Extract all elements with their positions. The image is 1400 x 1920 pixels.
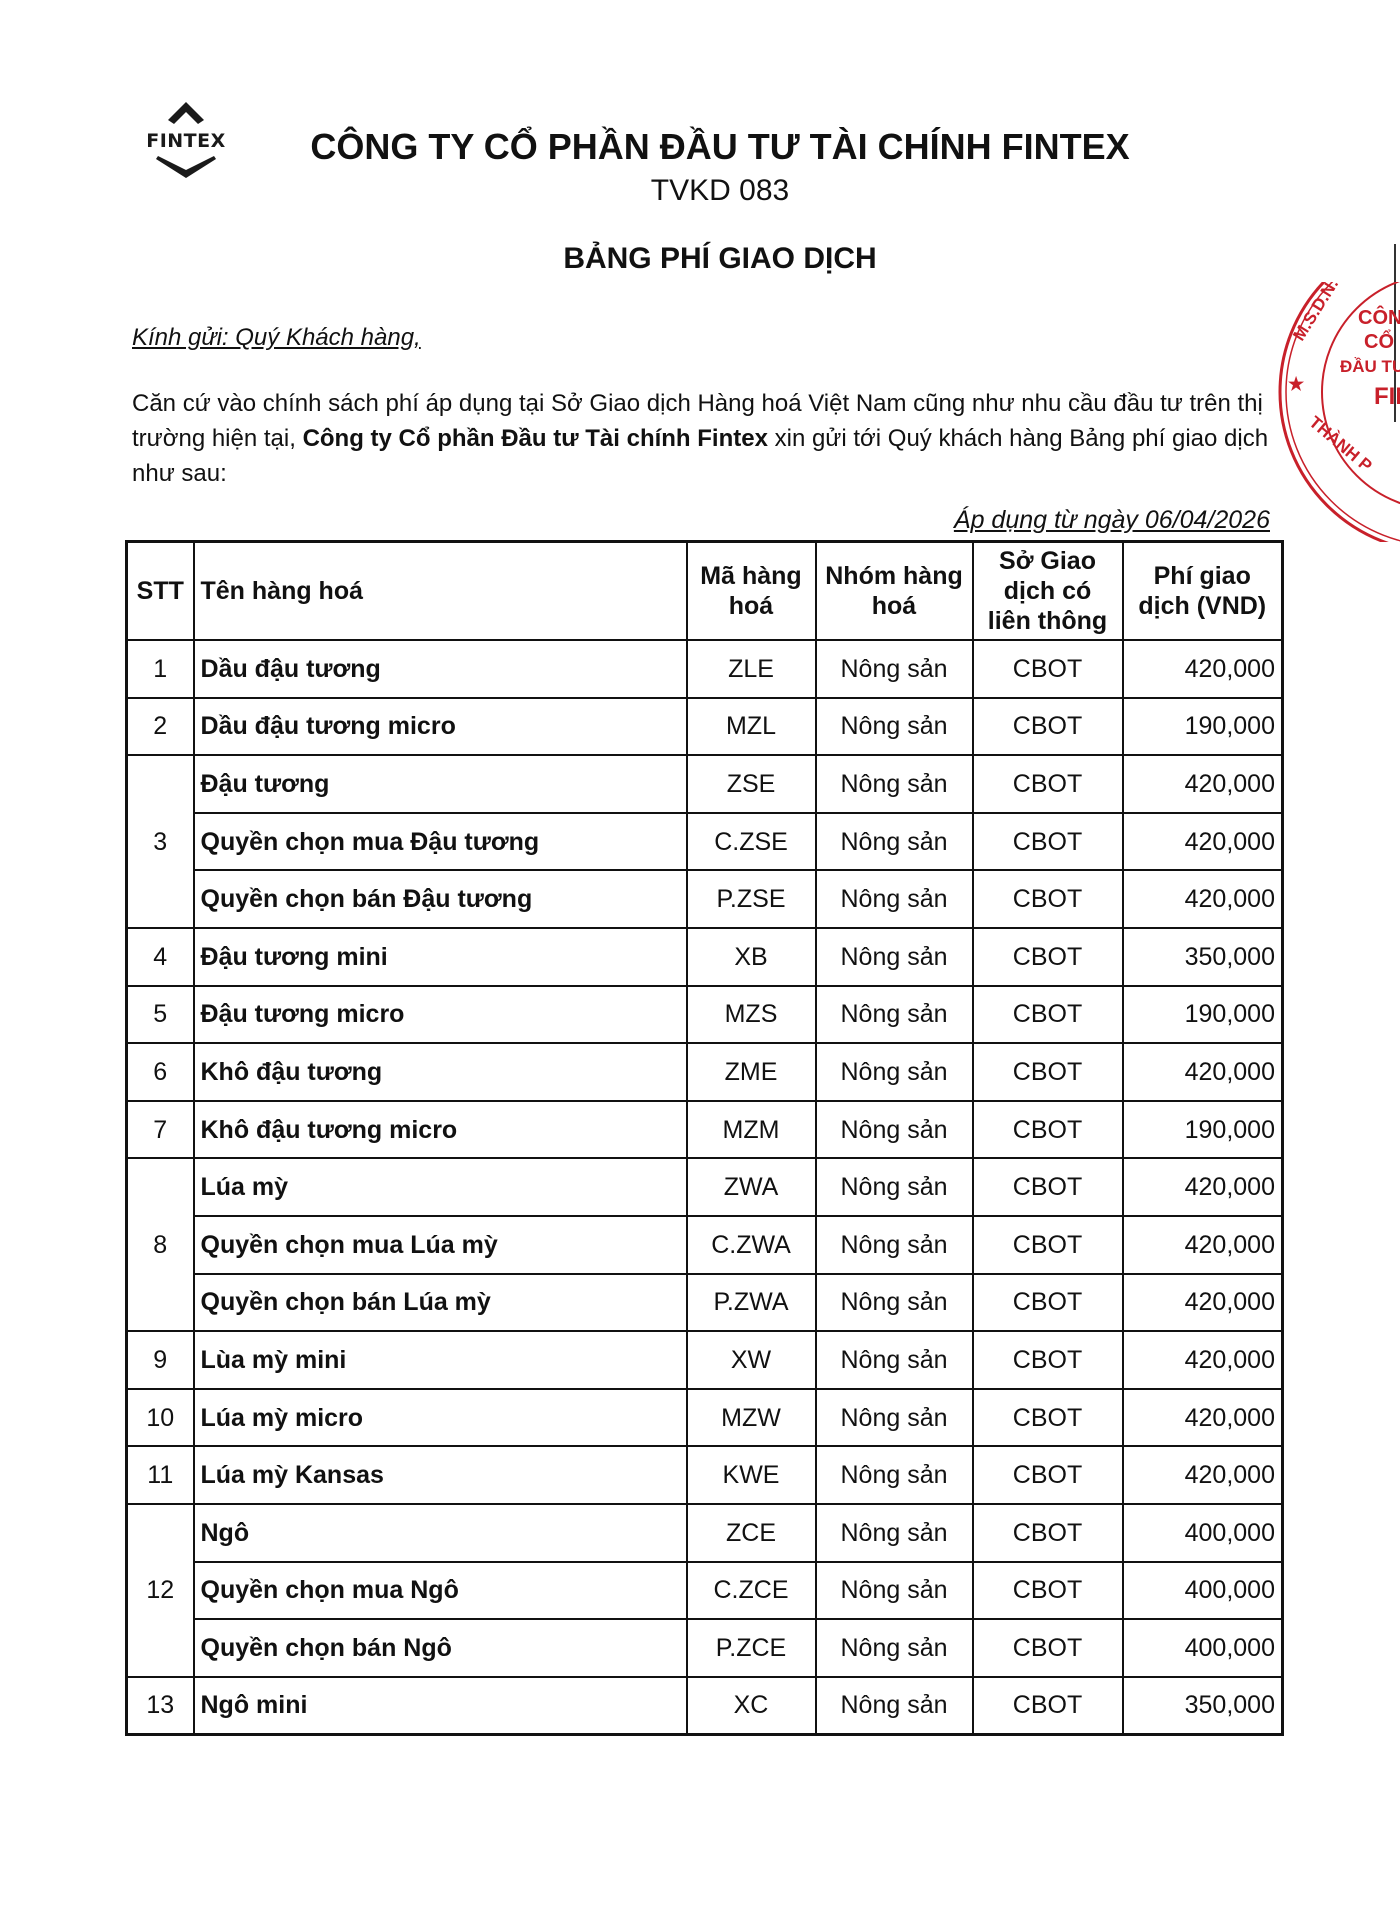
cell-group: Nông sản	[816, 755, 973, 813]
fee-table: STT Tên hàng hoá Mã hàng hoá Nhóm hàng h…	[125, 540, 1284, 1736]
fintex-logo: FINTEX	[138, 98, 234, 180]
cell-group: Nông sản	[816, 1562, 973, 1620]
cell-name: Đậu tương micro	[194, 986, 687, 1044]
col-header-fee: Phí giao dịch (VND)	[1123, 542, 1283, 641]
member-code: TVKD 083	[250, 174, 1190, 208]
cell-exchange: CBOT	[973, 1619, 1123, 1677]
cell-fee: 350,000	[1123, 1677, 1283, 1735]
cell-exchange: CBOT	[973, 698, 1123, 756]
cell-code: MZL	[687, 698, 816, 756]
cell-fee: 420,000	[1123, 1446, 1283, 1504]
table-row: 7Khô đậu tương microMZMNông sảnCBOT190,0…	[127, 1101, 1283, 1159]
cell-code: XB	[687, 928, 816, 986]
cell-stt: 9	[127, 1331, 194, 1389]
cell-code: KWE	[687, 1446, 816, 1504]
cell-name: Quyền chọn mua Ngô	[194, 1562, 687, 1620]
cell-code: ZLE	[687, 640, 816, 698]
cell-name: Quyền chọn mua Lúa mỳ	[194, 1216, 687, 1274]
cell-stt: 11	[127, 1446, 194, 1504]
table-row: Quyền chọn bán NgôP.ZCENông sảnCBOT400,0…	[127, 1619, 1283, 1677]
cell-exchange: CBOT	[973, 1043, 1123, 1101]
svg-text:CỔ P: CỔ P	[1364, 329, 1400, 353]
cell-name: Đậu tương mini	[194, 928, 687, 986]
table-row: 6Khô đậu tươngZMENông sảnCBOT420,000	[127, 1043, 1283, 1101]
cell-stt: 2	[127, 698, 194, 756]
cell-name: Dầu đậu tương	[194, 640, 687, 698]
logo-wordmark: FINTEX	[138, 130, 234, 152]
document-title: BẢNG PHÍ GIAO DỊCH	[250, 242, 1190, 276]
cell-fee: 420,000	[1123, 1043, 1283, 1101]
cell-group: Nông sản	[816, 1158, 973, 1216]
cell-stt: 4	[127, 928, 194, 986]
table-row: 1Dầu đậu tươngZLENông sảnCBOT420,000	[127, 640, 1283, 698]
table-row: Quyền chọn mua Lúa mỳC.ZWANông sảnCBOT42…	[127, 1216, 1283, 1274]
cell-fee: 400,000	[1123, 1504, 1283, 1562]
table-row: Quyền chọn bán Đậu tươngP.ZSENông sảnCBO…	[127, 870, 1283, 928]
table-row: 3Đậu tươngZSENông sảnCBOT420,000	[127, 755, 1283, 813]
table-row: 9Lùa mỳ miniXWNông sảnCBOT420,000	[127, 1331, 1283, 1389]
cell-name: Ngô mini	[194, 1677, 687, 1735]
cell-name: Quyền chọn bán Đậu tương	[194, 870, 687, 928]
cell-exchange: CBOT	[973, 928, 1123, 986]
cell-stt: 6	[127, 1043, 194, 1101]
cell-fee: 420,000	[1123, 870, 1283, 928]
col-header-stt: STT	[127, 542, 194, 641]
cell-group: Nông sản	[816, 1216, 973, 1274]
cell-name: Lúa mỳ	[194, 1158, 687, 1216]
cell-code: P.ZCE	[687, 1619, 816, 1677]
cell-code: C.ZWA	[687, 1216, 816, 1274]
cell-exchange: CBOT	[973, 813, 1123, 871]
cell-fee: 420,000	[1123, 640, 1283, 698]
cell-group: Nông sản	[816, 1331, 973, 1389]
cell-code: C.ZCE	[687, 1562, 816, 1620]
effective-date: Áp dụng từ ngày 06/04/2026	[954, 506, 1270, 535]
svg-text:FIN: FIN	[1374, 383, 1400, 410]
svg-text:ĐẦU TƯ: ĐẦU TƯ	[1340, 357, 1400, 376]
cell-exchange: CBOT	[973, 1677, 1123, 1735]
cell-name: Lùa mỳ mini	[194, 1331, 687, 1389]
cell-name: Lúa mỳ micro	[194, 1389, 687, 1447]
cell-stt: 1	[127, 640, 194, 698]
cell-code: P.ZSE	[687, 870, 816, 928]
col-header-exchange: Sở Giao dịch có liên thông	[973, 542, 1123, 641]
cell-exchange: CBOT	[973, 1504, 1123, 1562]
svg-text:CÔN: CÔN	[1358, 305, 1400, 329]
cell-exchange: CBOT	[973, 640, 1123, 698]
cell-stt: 13	[127, 1677, 194, 1735]
cell-group: Nông sản	[816, 870, 973, 928]
table-row: Quyền chọn mua Đậu tươngC.ZSENông sảnCBO…	[127, 813, 1283, 871]
table-row: 8Lúa mỳZWANông sảnCBOT420,000	[127, 1158, 1283, 1216]
cell-name: Dầu đậu tương micro	[194, 698, 687, 756]
table-row: 11Lúa mỳ KansasKWENông sảnCBOT420,000	[127, 1446, 1283, 1504]
cell-stt: 8	[127, 1158, 194, 1331]
cell-code: ZCE	[687, 1504, 816, 1562]
cell-fee: 190,000	[1123, 1101, 1283, 1159]
table-row: 2Dầu đậu tương microMZLNông sảnCBOT190,0…	[127, 698, 1283, 756]
cell-exchange: CBOT	[973, 1562, 1123, 1620]
svg-text:THÀNH P: THÀNH P	[1305, 413, 1375, 476]
cell-group: Nông sản	[816, 1677, 973, 1735]
cell-group: Nông sản	[816, 1446, 973, 1504]
intro-paragraph: Căn cứ vào chính sách phí áp dụng tại Sở…	[132, 386, 1282, 491]
cell-name: Quyền chọn mua Đậu tương	[194, 813, 687, 871]
cell-exchange: CBOT	[973, 986, 1123, 1044]
cell-name: Khô đậu tương	[194, 1043, 687, 1101]
cell-fee: 420,000	[1123, 1158, 1283, 1216]
cell-name: Quyền chọn bán Ngô	[194, 1619, 687, 1677]
table-row: Quyền chọn bán Lúa mỳP.ZWANông sảnCBOT42…	[127, 1274, 1283, 1332]
cell-fee: 420,000	[1123, 1389, 1283, 1447]
cell-name: Lúa mỳ Kansas	[194, 1446, 687, 1504]
cell-code: MZM	[687, 1101, 816, 1159]
cell-code: P.ZWA	[687, 1274, 816, 1332]
cell-group: Nông sản	[816, 1043, 973, 1101]
col-header-code: Mã hàng hoá	[687, 542, 816, 641]
cell-code: MZW	[687, 1389, 816, 1447]
cell-stt: 10	[127, 1389, 194, 1447]
cell-exchange: CBOT	[973, 1101, 1123, 1159]
table-row: 5Đậu tương microMZSNông sảnCBOT190,000	[127, 986, 1283, 1044]
cell-exchange: CBOT	[973, 1216, 1123, 1274]
table-header-row: STT Tên hàng hoá Mã hàng hoá Nhóm hàng h…	[127, 542, 1283, 641]
cell-group: Nông sản	[816, 640, 973, 698]
table-row: 4Đậu tương miniXBNông sảnCBOT350,000	[127, 928, 1283, 986]
cell-exchange: CBOT	[973, 1331, 1123, 1389]
cell-fee: 400,000	[1123, 1619, 1283, 1677]
table-row: Quyền chọn mua NgôC.ZCENông sảnCBOT400,0…	[127, 1562, 1283, 1620]
cell-group: Nông sản	[816, 1389, 973, 1447]
table-row: 10Lúa mỳ microMZWNông sảnCBOT420,000	[127, 1389, 1283, 1447]
cell-fee: 420,000	[1123, 1216, 1283, 1274]
cell-code: ZME	[687, 1043, 816, 1101]
company-name: CÔNG TY CỔ PHẦN ĐẦU TƯ TÀI CHÍNH FINTEX	[250, 126, 1190, 168]
cell-group: Nông sản	[816, 986, 973, 1044]
cell-fee: 350,000	[1123, 928, 1283, 986]
col-header-group: Nhóm hàng hoá	[816, 542, 973, 641]
cell-exchange: CBOT	[973, 755, 1123, 813]
cell-group: Nông sản	[816, 928, 973, 986]
salutation: Kính gửi: Quý Khách hàng,	[132, 324, 421, 352]
cell-fee: 420,000	[1123, 1274, 1283, 1332]
cell-code: C.ZSE	[687, 813, 816, 871]
cell-exchange: CBOT	[973, 1389, 1123, 1447]
cell-group: Nông sản	[816, 1504, 973, 1562]
svg-text:★: ★	[1288, 374, 1305, 394]
cell-exchange: CBOT	[973, 1446, 1123, 1504]
cell-fee: 190,000	[1123, 986, 1283, 1044]
intro-company-name: Công ty Cổ phần Đầu tư Tài chính Fintex	[303, 425, 768, 452]
cell-stt: 5	[127, 986, 194, 1044]
cell-group: Nông sản	[816, 813, 973, 871]
cell-exchange: CBOT	[973, 1274, 1123, 1332]
col-header-name: Tên hàng hoá	[194, 542, 687, 641]
cell-code: ZWA	[687, 1158, 816, 1216]
cell-group: Nông sản	[816, 698, 973, 756]
cell-code: MZS	[687, 986, 816, 1044]
cell-name: Đậu tương	[194, 755, 687, 813]
cell-group: Nông sản	[816, 1274, 973, 1332]
cell-stt: 3	[127, 755, 194, 928]
table-row: 13Ngô miniXCNông sảnCBOT350,000	[127, 1677, 1283, 1735]
cell-exchange: CBOT	[973, 1158, 1123, 1216]
cell-group: Nông sản	[816, 1101, 973, 1159]
cell-code: ZSE	[687, 755, 816, 813]
cell-name: Quyền chọn bán Lúa mỳ	[194, 1274, 687, 1332]
cell-exchange: CBOT	[973, 870, 1123, 928]
cell-group: Nông sản	[816, 1619, 973, 1677]
cell-fee: 400,000	[1123, 1562, 1283, 1620]
cell-fee: 420,000	[1123, 755, 1283, 813]
cell-fee: 420,000	[1123, 1331, 1283, 1389]
table-row: 12NgôZCENông sảnCBOT400,000	[127, 1504, 1283, 1562]
cell-code: XW	[687, 1331, 816, 1389]
cell-stt: 12	[127, 1504, 194, 1677]
cell-name: Ngô	[194, 1504, 687, 1562]
cell-stt: 7	[127, 1101, 194, 1159]
cell-fee: 420,000	[1123, 813, 1283, 871]
cell-code: XC	[687, 1677, 816, 1735]
company-stamp: M.S.D.N: 01112 ★ CÔN CỔ P ĐẦU TƯ FIN THÀ…	[1268, 282, 1400, 542]
cell-fee: 190,000	[1123, 698, 1283, 756]
cell-name: Khô đậu tương micro	[194, 1101, 687, 1159]
